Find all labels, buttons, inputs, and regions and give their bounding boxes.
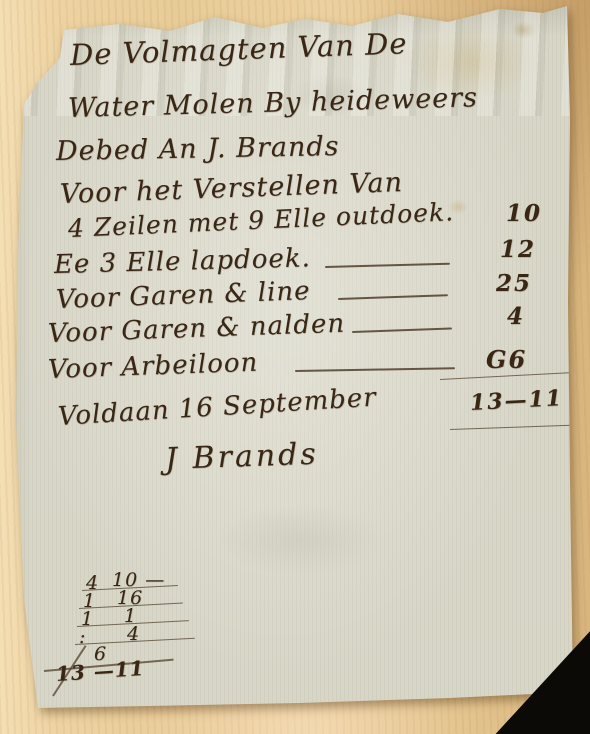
paper-shadow-wrap: De Volmagten Van De Water Molen By heide… [0, 0, 590, 734]
calc-total: 13 —11 [55, 656, 145, 686]
receipt-paper: De Volmagten Van De Water Molen By heide… [0, 0, 590, 734]
item-text: Ee 3 Elle lapdoek. [54, 243, 312, 280]
item-text: Voor Arbeiloon [47, 348, 258, 385]
total-underline [450, 425, 574, 430]
photo-of-receipt: De Volmagten Van De Water Molen By heide… [0, 0, 590, 734]
item-text: Voor Garen & nalden [47, 309, 345, 349]
item-amount: 12 [500, 236, 536, 263]
item-amount: 4 [507, 303, 525, 330]
total-amount: 13—11 [469, 385, 563, 416]
item-text: Voor Garen & line [55, 276, 311, 315]
filler-dash [338, 294, 448, 300]
item-amount: G6 [486, 345, 527, 374]
filler-dash [352, 328, 452, 333]
item-amount: 10 [506, 200, 542, 227]
filler-dash [295, 367, 455, 372]
item-amount: 25 [496, 270, 532, 297]
debet-line: Debed An J. Brands [56, 131, 340, 167]
filler-dash [325, 263, 450, 268]
settlement-line: Voldaan 16 September [57, 383, 377, 432]
signature: J Brands [164, 437, 319, 477]
